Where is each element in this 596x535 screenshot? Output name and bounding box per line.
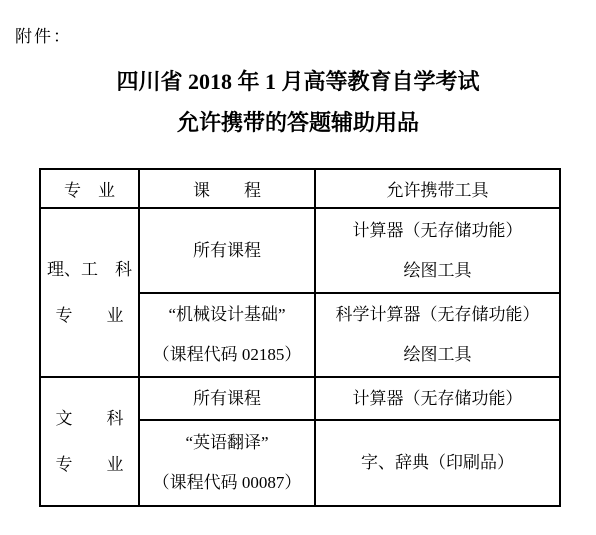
major-group-cell-science: 理、工 科 专 业 (40, 208, 139, 377)
course-cell: 所有课程 (139, 377, 315, 420)
header-cell-tools: 允许携带工具 (315, 169, 560, 208)
table-row: 理、工 科 专 业 所有课程 计算器（无存储功能） 绘图工具 (40, 208, 560, 293)
course-cell: 所有课程 (139, 208, 315, 293)
tool-label: 科学计算器（无存储功能） (316, 295, 559, 335)
course-label: “机械设计基础” (140, 295, 314, 335)
attachment-label: 附件： (15, 22, 72, 47)
tool-label: 计算器（无存储功能） (316, 389, 559, 409)
course-code-label: （课程代码 00087） (140, 463, 314, 503)
table-header-row: 专 业 课 程 允许携带工具 (40, 169, 560, 208)
tool-label: 绘图工具 (316, 251, 559, 291)
table-row: 文 科 专 业 所有课程 计算器（无存储功能） (40, 377, 560, 420)
major-group-cell-liberal-arts: 文 科 专 业 (40, 377, 139, 506)
tool-label: 绘图工具 (316, 335, 559, 375)
doc-title-line1: 四川省 2018 年 1 月高等教育自学考试 (0, 67, 596, 97)
course-label: 所有课程 (140, 241, 314, 261)
tools-cell: 字、辞典（印刷品） (315, 420, 560, 506)
header-cell-course: 课 程 (139, 169, 315, 208)
header-cell-major: 专 业 (40, 169, 139, 208)
course-cell: “机械设计基础” （课程代码 02185） (139, 293, 315, 377)
major-label-line: 专 业 (41, 293, 138, 339)
tools-cell: 计算器（无存储功能） 绘图工具 (315, 208, 560, 293)
tool-label: 字、辞典（印刷品） (316, 453, 559, 473)
course-label: 所有课程 (140, 389, 314, 409)
course-label: “英语翻译” (140, 423, 314, 463)
tool-label: 计算器（无存储功能） (316, 211, 559, 251)
course-cell: “英语翻译” （课程代码 00087） (139, 420, 315, 506)
tools-cell: 科学计算器（无存储功能） 绘图工具 (315, 293, 560, 377)
tools-cell: 计算器（无存储功能） (315, 377, 560, 420)
exam-tools-table: 专 业 课 程 允许携带工具 理、工 科 专 业 所有课程 计算器（无存储功能）… (39, 168, 561, 507)
doc-title-line2: 允许携带的答题辅助用品 (0, 108, 596, 138)
course-code-label: （课程代码 02185） (140, 335, 314, 375)
major-label-line: 专 业 (41, 442, 138, 488)
major-label-line: 文 科 (41, 396, 138, 442)
major-label-line: 理、工 科 (41, 247, 138, 293)
